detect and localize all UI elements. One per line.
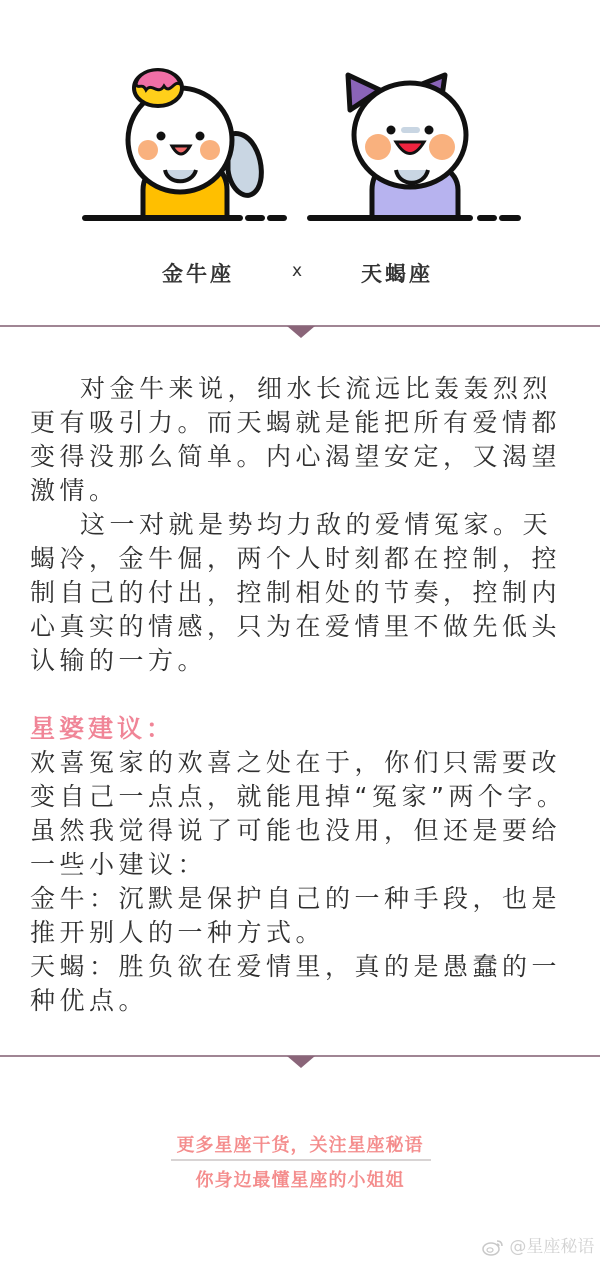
watermark: @星座秘语 xyxy=(482,1232,594,1257)
divider-triangle-icon xyxy=(287,1056,315,1068)
divider-triangle-icon xyxy=(287,326,315,338)
right-sign-label: 天蝎座 xyxy=(361,258,433,288)
scorpio-character-icon xyxy=(310,75,518,218)
sign-pair-header: 金牛座 x 天蝎座 xyxy=(0,258,600,288)
pair-separator: x xyxy=(292,261,302,281)
article-body: 对金牛来说，细水长流远比轰轰烈烈更有吸引力。而天蝎就是能把所有爱情都变得没那么简… xyxy=(30,372,575,1018)
characters-illustration xyxy=(0,40,600,230)
weibo-icon xyxy=(482,1238,504,1256)
taurus-character-icon xyxy=(85,70,284,218)
footer-separator xyxy=(171,1159,431,1161)
footer-line-1: 更多星座干货，关注星座秘语 xyxy=(0,1131,600,1157)
watermark-text: @星座秘语 xyxy=(509,1237,594,1257)
advice-taurus: 金牛：沉默是保护自己的一种手段，也是推开别人的一种方式。 xyxy=(30,882,575,950)
advice-scorpio: 天蝎：胜负欲在爱情里，真的是愚蠢的一种优点。 xyxy=(30,950,575,1018)
advice-heading: 星婆建议： xyxy=(30,712,575,746)
left-sign-label: 金牛座 xyxy=(162,258,234,288)
paragraph: 对金牛来说，细水长流远比轰轰烈烈更有吸引力。而天蝎就是能把所有爱情都变得没那么简… xyxy=(30,372,575,508)
footer-line-2: 你身边最懂星座的小姐姐 xyxy=(0,1166,600,1192)
paragraph: 这一对就是势均力敌的爱情冤家。天蝎冷，金牛倔，两个人时刻都在控制，控制自己的付出… xyxy=(30,508,575,678)
advice-paragraph: 欢喜冤家的欢喜之处在于，你们只需要改变自己一点点，就能甩掉“冤家”两个字。虽然我… xyxy=(30,746,575,882)
